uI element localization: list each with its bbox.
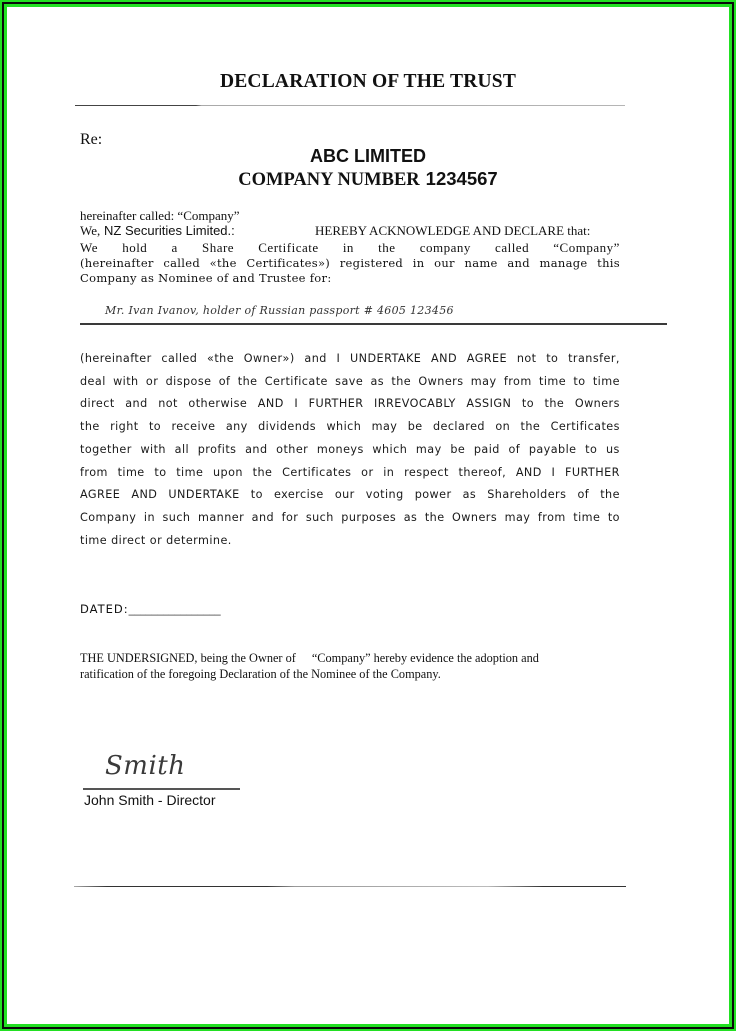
word: Certificate [258, 240, 318, 256]
owner-handwritten-entry: Mr. Ivan Ivanov, holder of Russian passp… [105, 304, 454, 317]
word: registered [340, 256, 403, 270]
undersigned-line-2: ratification of the foregoing Declaratio… [80, 666, 539, 682]
company-number-value: 1234567 [426, 168, 498, 189]
word: a [172, 240, 178, 256]
word: our [434, 256, 455, 270]
word: in [343, 240, 354, 256]
signer-name: John Smith - Director [84, 792, 215, 808]
company-number-heading: COMPANY NUMBER1234567 [7, 168, 729, 191]
word: “Company” [553, 240, 620, 256]
bottom-divider [74, 886, 626, 887]
body-line: dealwithordisposeoftheCertificatesaveast… [80, 375, 620, 388]
we-label: We, [80, 223, 100, 238]
document-page: DECLARATION OF THE TRUST Re: ABC LIMITED… [7, 7, 729, 1024]
word: Share [202, 240, 234, 256]
dated-blank: ________________ [129, 602, 221, 616]
word: called [163, 256, 200, 270]
body-line: (hereinaftercalled«theOwner»)andIUNDERTA… [80, 352, 620, 365]
body-line: time direct or determine. [80, 534, 620, 547]
word: in [413, 256, 425, 270]
signature: Smith [105, 751, 185, 781]
word: (hereinafter [80, 256, 154, 270]
word: company [420, 240, 471, 256]
owner-entry-line [80, 323, 667, 325]
word: the [378, 240, 395, 256]
undersigned-company-text: “Company” hereby evidence the adoption a… [312, 651, 539, 665]
nominee-name: NZ Securities Limited.: [104, 223, 235, 238]
dated-field: DATED:________________ [80, 602, 221, 616]
hold-certificate-line: WeholdaShareCertificateinthecompanycalle… [80, 240, 620, 256]
signature-line [83, 788, 240, 790]
word: hold [122, 240, 147, 256]
body-line: fromtimetotimeupontheCertificatesorinres… [80, 466, 620, 479]
we-line: We, NZ Securities Limited.: HEREBY ACKNO… [80, 223, 620, 239]
hereinafter-company: hereinafter called: “Company” [80, 208, 240, 224]
word: and [507, 256, 530, 270]
word: «the [210, 256, 237, 270]
nominee-trustee-line: Company as Nominee of and Trustee for: [80, 271, 332, 285]
undersigned-text: THE UNDERSIGNED, being the Owner of [80, 651, 296, 665]
body-line: AGREEANDUNDERTAKEtoexerciseourvotingpowe… [80, 488, 620, 501]
word: We [80, 240, 98, 256]
certificates-line: (hereinaftercalled«theCertificates»)regi… [80, 256, 620, 270]
document-title: DECLARATION OF THE TRUST [7, 71, 729, 93]
body-line: directandnototherwiseANDIFURTHERIRREVOCA… [80, 397, 620, 410]
word: name [464, 256, 497, 270]
title-divider [75, 105, 625, 106]
word: this [597, 256, 620, 270]
body-line: therighttoreceiveanydividendswhichmaybed… [80, 420, 620, 433]
word: Certificates») [246, 256, 330, 270]
company-name: ABC LIMITED [7, 146, 729, 167]
word: manage [540, 256, 588, 270]
word: called [495, 240, 529, 256]
acknowledge-text: HEREBY ACKNOWLEDGE AND DECLARE that: [315, 223, 590, 239]
body-line: togetherwithallprofitsandothermoneyswhic… [80, 443, 620, 456]
undersigned-statement: THE UNDERSIGNED, being the Owner of“Comp… [80, 650, 539, 682]
dated-label: DATED: [80, 602, 129, 616]
body-line: Companyinsuchmannerandforsuchpurposesast… [80, 511, 620, 524]
undersigned-line-1: THE UNDERSIGNED, being the Owner of“Comp… [80, 650, 539, 666]
company-number-label: COMPANY NUMBER [238, 170, 419, 190]
